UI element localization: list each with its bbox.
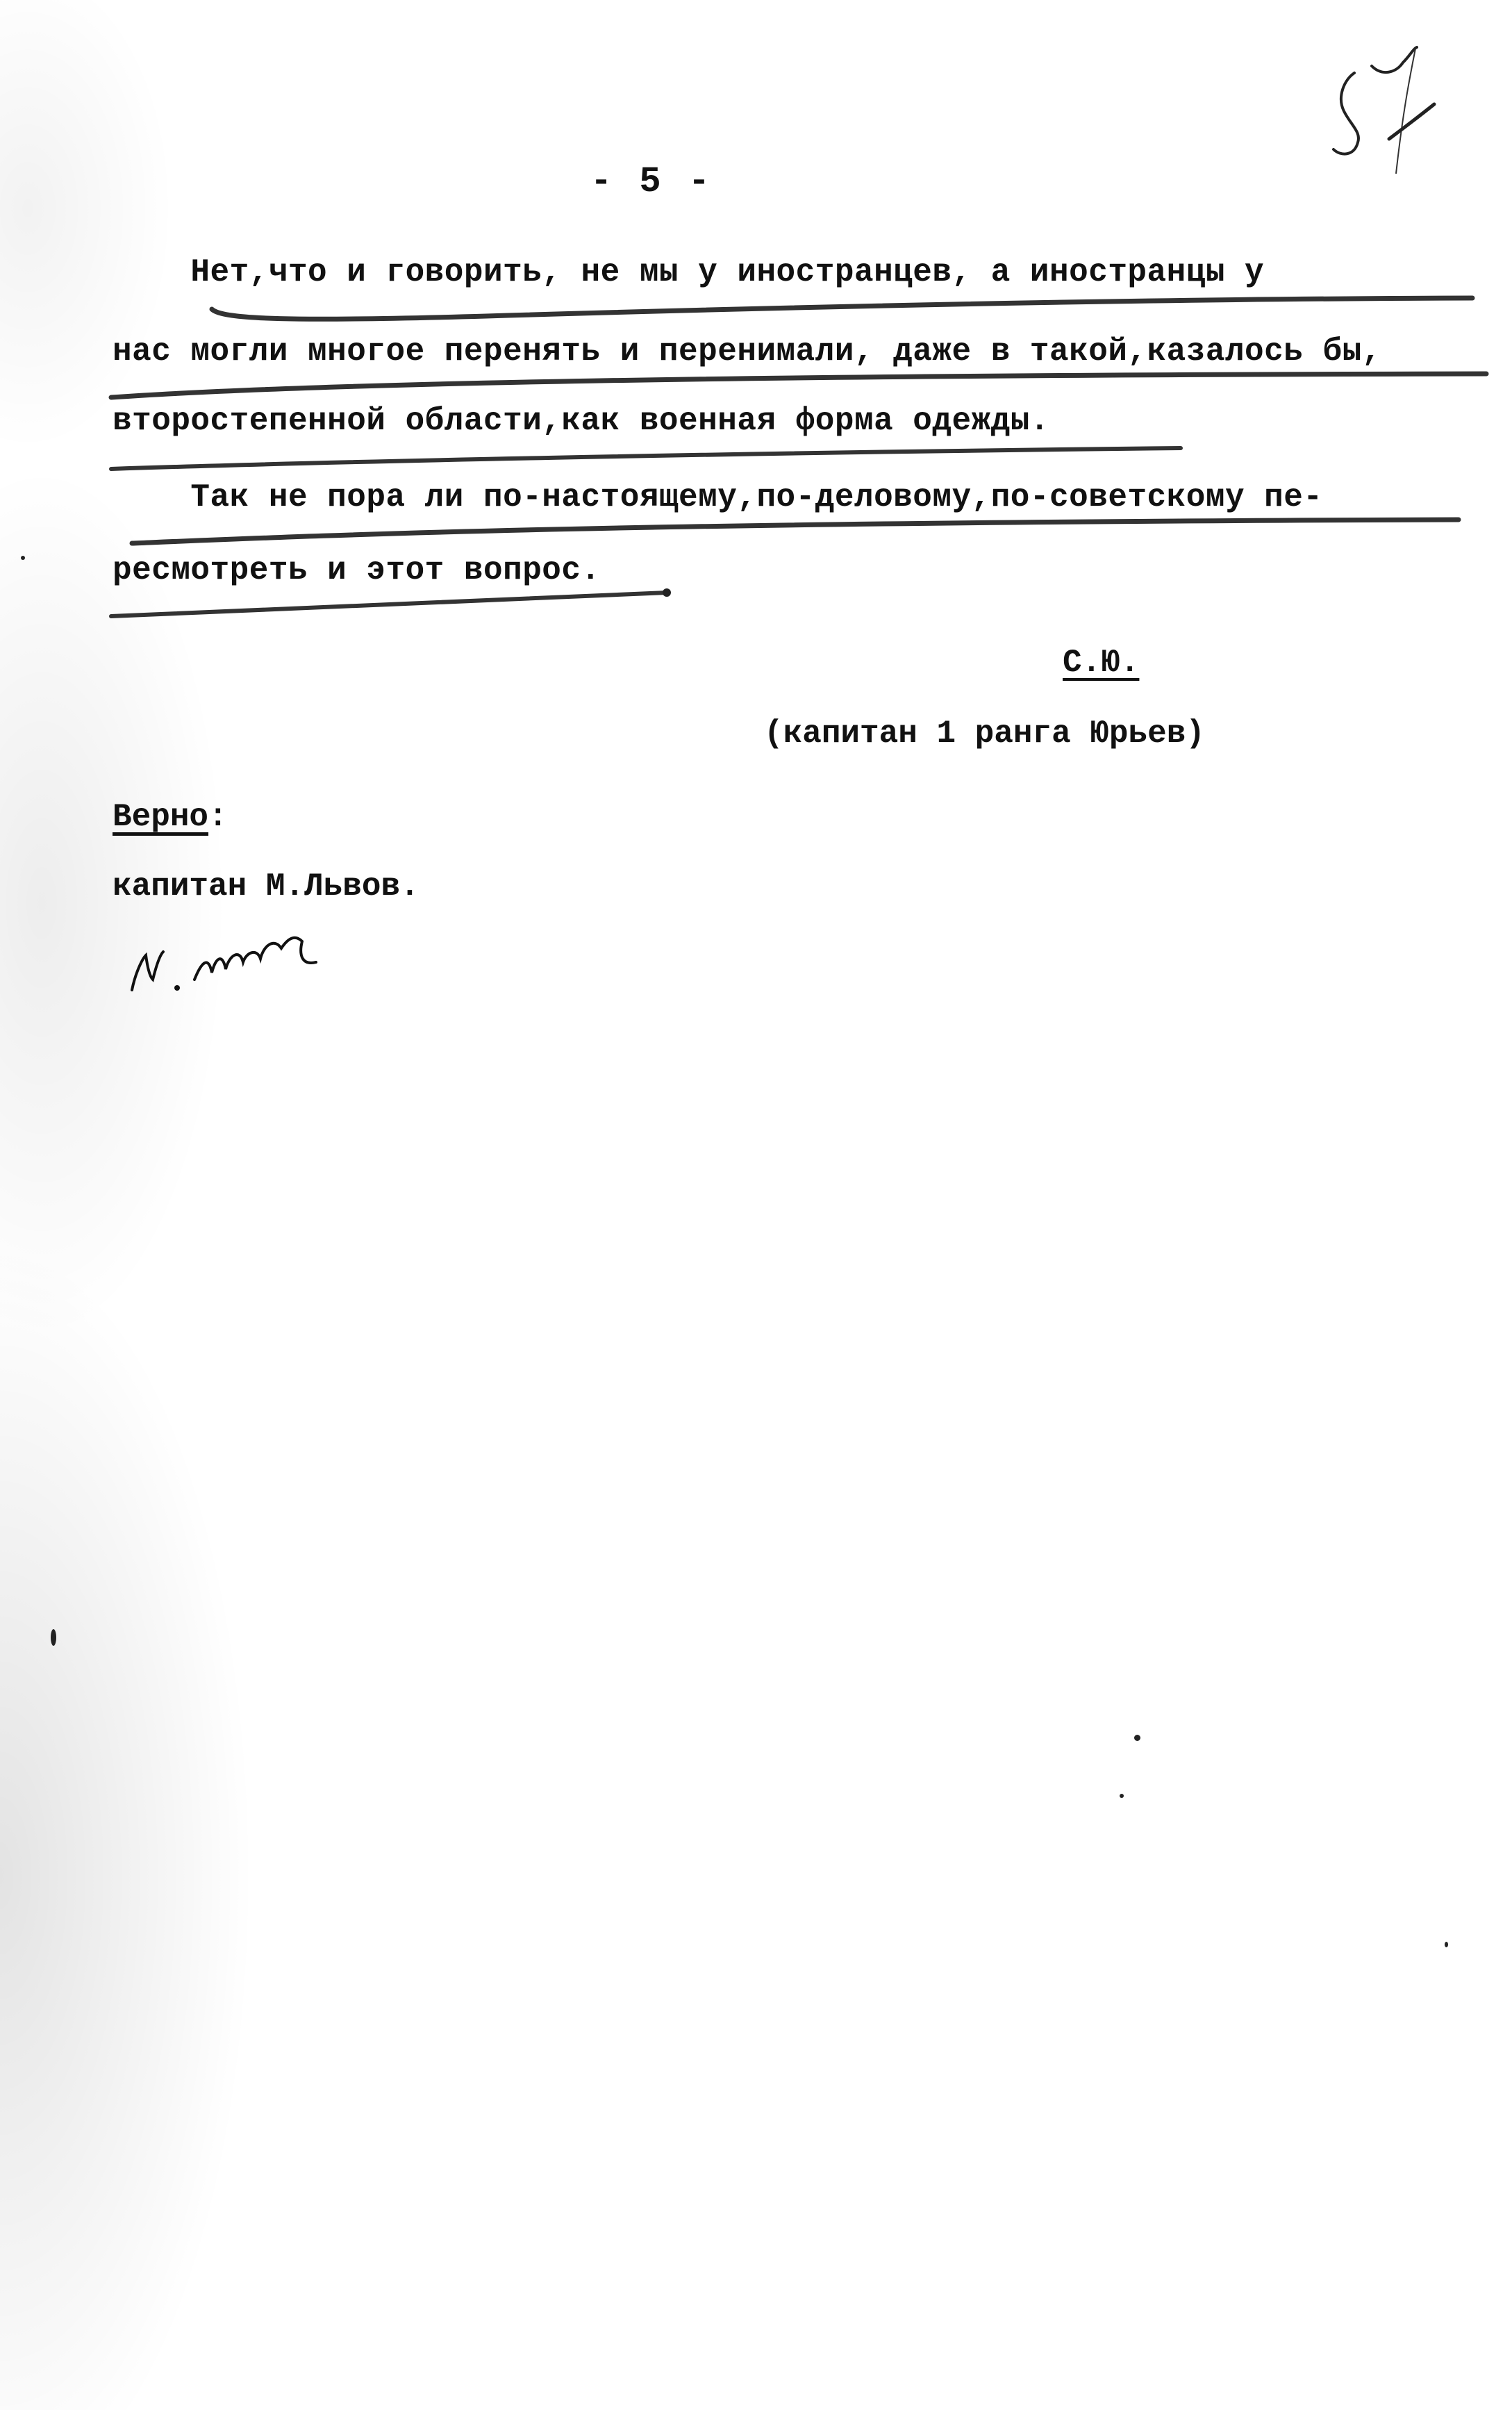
scan-speck: [51, 1629, 56, 1646]
paragraph-2-line-1: Так не пора ли по-настоящему,по-деловому…: [113, 479, 1322, 515]
paragraph-2-line-2: ресмотреть и этот вопрос.: [113, 552, 601, 588]
page-number: - 5 -: [590, 161, 713, 202]
scan-speck: [21, 556, 25, 560]
pencil-underline: [104, 370, 1493, 404]
paragraph-1-line-3: второстепенной области,как военная форма…: [113, 403, 1049, 439]
certification-label: Верно:: [113, 799, 228, 835]
author-initials: С.Ю.: [1063, 645, 1139, 681]
pencil-underline: [125, 514, 1465, 549]
certification-colon: :: [208, 799, 228, 835]
pencil-underline: [104, 445, 1188, 472]
paragraph-1-line-2: нас могли многое перенять и перенимали, …: [113, 333, 1381, 370]
certification-word: Верно: [113, 799, 208, 835]
certifier-name: капитан М.Львов.: [113, 868, 419, 905]
paragraph-1-line-1: Нет,что и говорить, не мы у иностранцев,…: [113, 254, 1264, 290]
scan-speck: [1134, 1735, 1140, 1741]
pencil-underline: [208, 295, 1479, 330]
scan-speck: [1445, 1942, 1448, 1947]
scan-speck: [1120, 1794, 1124, 1798]
handwritten-signature: [125, 924, 333, 1000]
author-rank-name: (капитан 1 ранга Юрьев): [764, 716, 1205, 752]
archive-folio-number: [1306, 42, 1445, 181]
pencil-underline: [104, 587, 674, 622]
